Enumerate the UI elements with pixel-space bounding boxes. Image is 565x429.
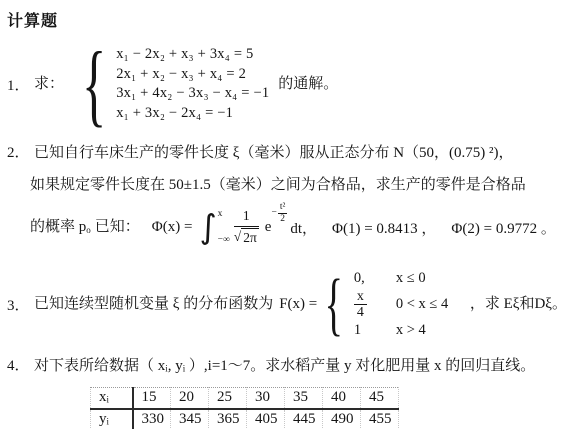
fraction-numerator: 1: [234, 209, 259, 227]
row-x-header: xᵢ: [91, 388, 133, 410]
integral: ∫ x −∞: [199, 207, 229, 247]
problem-2-line-1: 2． 已知自行车床生产的零件长度 ξ（毫米）服从正态分布 N（50，(0.75)…: [7, 141, 561, 164]
case-2-condition: 0 < x ≤ 4: [396, 296, 468, 313]
worksheet-document: 计算题 1． 求： { x₁ − 2x₂ + x₃ + 3x₄ = 5 2x₁ …: [0, 0, 565, 429]
case-3-condition: x > 4: [396, 322, 468, 339]
problem-3-question: ，求 Eξ和Dξ。: [470, 294, 565, 315]
exponent-numerator: t²: [278, 202, 288, 214]
e-base: e: [265, 219, 272, 236]
equation-system: x₁ − 2x₂ + x₃ + 3x₄ = 5 2x₁ + x₂ − x₃ + …: [116, 45, 269, 123]
problem-4-text: 对下表所给数据（ xᵢ, yᵢ ）,i=1～7。求水稻产量 y 对化肥用量 x …: [34, 356, 535, 377]
distribution-function-lhs: F(x) =: [279, 296, 317, 313]
probability-subscript: o: [86, 225, 91, 235]
problem-2-formula-line: 的概率 po 已知： Φ(x) = ∫ x −∞ 1 √ 2π e −: [7, 200, 561, 254]
sqrt-icon: √: [234, 228, 241, 245]
equation-1: x₁ − 2x₂ + x₃ + 3x₄ = 5: [116, 45, 269, 65]
e-exponent: − t² 2: [271, 202, 287, 225]
x-value: 40: [323, 388, 361, 410]
exponent-fraction: t² 2: [278, 202, 288, 225]
problem-3-number: 3．: [7, 294, 34, 315]
problem-3: 3． 已知连续型随机变量 ξ 的分布函数为 F(x) = { 0, x ≤ 0 …: [7, 268, 561, 341]
y-value: 365: [209, 409, 247, 429]
gauss-fraction: 1 √ 2π: [234, 209, 259, 246]
x-value: 35: [285, 388, 323, 410]
x-value: 25: [209, 388, 247, 410]
integral-sign-icon: ∫: [199, 207, 216, 247]
phi-2-value: Φ(2) = 0.9772 。: [451, 217, 555, 238]
fraction-denominator: √ 2π: [234, 227, 259, 246]
table-row-x: xᵢ 15 20 25 30 35 40 45: [91, 388, 399, 410]
problem-1-number: 1．: [7, 74, 34, 95]
case-1-value: 0,: [354, 270, 386, 287]
problem-4: 4． 对下表所给数据（ xᵢ, yᵢ ）,i=1～7。求水稻产量 y 对化肥用量…: [7, 354, 561, 429]
phi-function-lhs: Φ(x) =: [152, 219, 193, 236]
problem-1-ask: 求：: [34, 74, 64, 95]
exponent-minus: −: [271, 208, 276, 218]
known-label: 已知：: [95, 217, 140, 238]
case-row-3: 1 x > 4: [354, 320, 468, 341]
table-row-y: yᵢ 330 345 365 405 445 490 455: [91, 409, 399, 429]
problem-2-line-2: 如果规定零件长度在 50±1.5（毫米）之间为合格品，求生产的零件是合格品: [7, 175, 561, 196]
left-brace-icon: {: [325, 273, 343, 337]
case-row-2: x 4 0 < x ≤ 4: [354, 289, 468, 320]
case-2-fraction: x 4: [354, 289, 367, 320]
case-2-numerator: x: [354, 289, 367, 305]
exponent-denominator: 2: [280, 214, 285, 225]
case-2-denominator: 4: [357, 305, 364, 320]
problem-4-line: 4． 对下表所给数据（ xᵢ, yᵢ ）,i=1～7。求水稻产量 y 对化肥用量…: [7, 354, 561, 377]
x-value: 45: [361, 388, 399, 410]
case-3-value: 1: [354, 322, 386, 339]
phi-1-value: Φ(1) = 0.8413 ，: [332, 217, 436, 238]
problem-4-number: 4．: [7, 354, 34, 375]
dt-term: dt，: [290, 217, 317, 238]
integral-upper-limit: x: [218, 209, 230, 219]
problem-3-text: 已知连续型随机变量 ξ 的分布函数为: [34, 294, 273, 315]
problem-1: 1． 求： { x₁ − 2x₂ + x₃ + 3x₄ = 5 2x₁ + x₂…: [7, 44, 561, 124]
integral-lower-limit: −∞: [218, 235, 230, 245]
x-value: 30: [247, 388, 285, 410]
case-row-1: 0, x ≤ 0: [354, 268, 468, 289]
equation-2: 2x₁ + x₂ − x₃ + x₄ = 2: [116, 65, 269, 85]
sqrt-radicand: 2π: [241, 228, 259, 246]
probability-label: 的概率 p: [30, 217, 86, 238]
y-value: 490: [323, 409, 361, 429]
y-value: 405: [247, 409, 285, 429]
y-value: 445: [285, 409, 323, 429]
case-2-value: x 4: [354, 289, 386, 320]
y-value: 345: [171, 409, 209, 429]
x-value: 20: [171, 388, 209, 410]
data-table: xᵢ 15 20 25 30 35 40 45 yᵢ 330 345 365 4…: [90, 387, 399, 429]
equation-4: x₁ + 3x₂ − 2x₄ = −1: [116, 104, 269, 124]
y-value: 455: [361, 409, 399, 429]
x-value: 15: [133, 388, 171, 410]
row-y-header: yᵢ: [91, 409, 133, 429]
page-title: 计算题: [7, 8, 561, 31]
integral-limits: x −∞: [218, 209, 230, 245]
problem-2-text-2: 如果规定零件长度在 50±1.5（毫米）之间为合格品，求生产的零件是合格品: [30, 175, 526, 196]
problem-2-number: 2．: [7, 141, 34, 162]
left-brace-icon: {: [82, 44, 106, 124]
y-value: 330: [133, 409, 171, 429]
equation-3: 3x₁ + 4x₂ − 3x₃ − x₄ = −1: [116, 84, 269, 104]
case-1-condition: x ≤ 0: [396, 270, 468, 287]
problem-2: 2． 已知自行车床生产的零件长度 ξ（毫米）服从正态分布 N（50，(0.75)…: [7, 141, 561, 254]
problem-2-text-1: 已知自行车床生产的零件长度 ξ（毫米）服从正态分布 N（50，(0.75) ²)…: [34, 143, 514, 164]
piecewise-cases: 0, x ≤ 0 x 4 0 < x ≤ 4 1 x > 4: [354, 268, 468, 341]
problem-1-suffix: 的通解。: [278, 74, 338, 95]
